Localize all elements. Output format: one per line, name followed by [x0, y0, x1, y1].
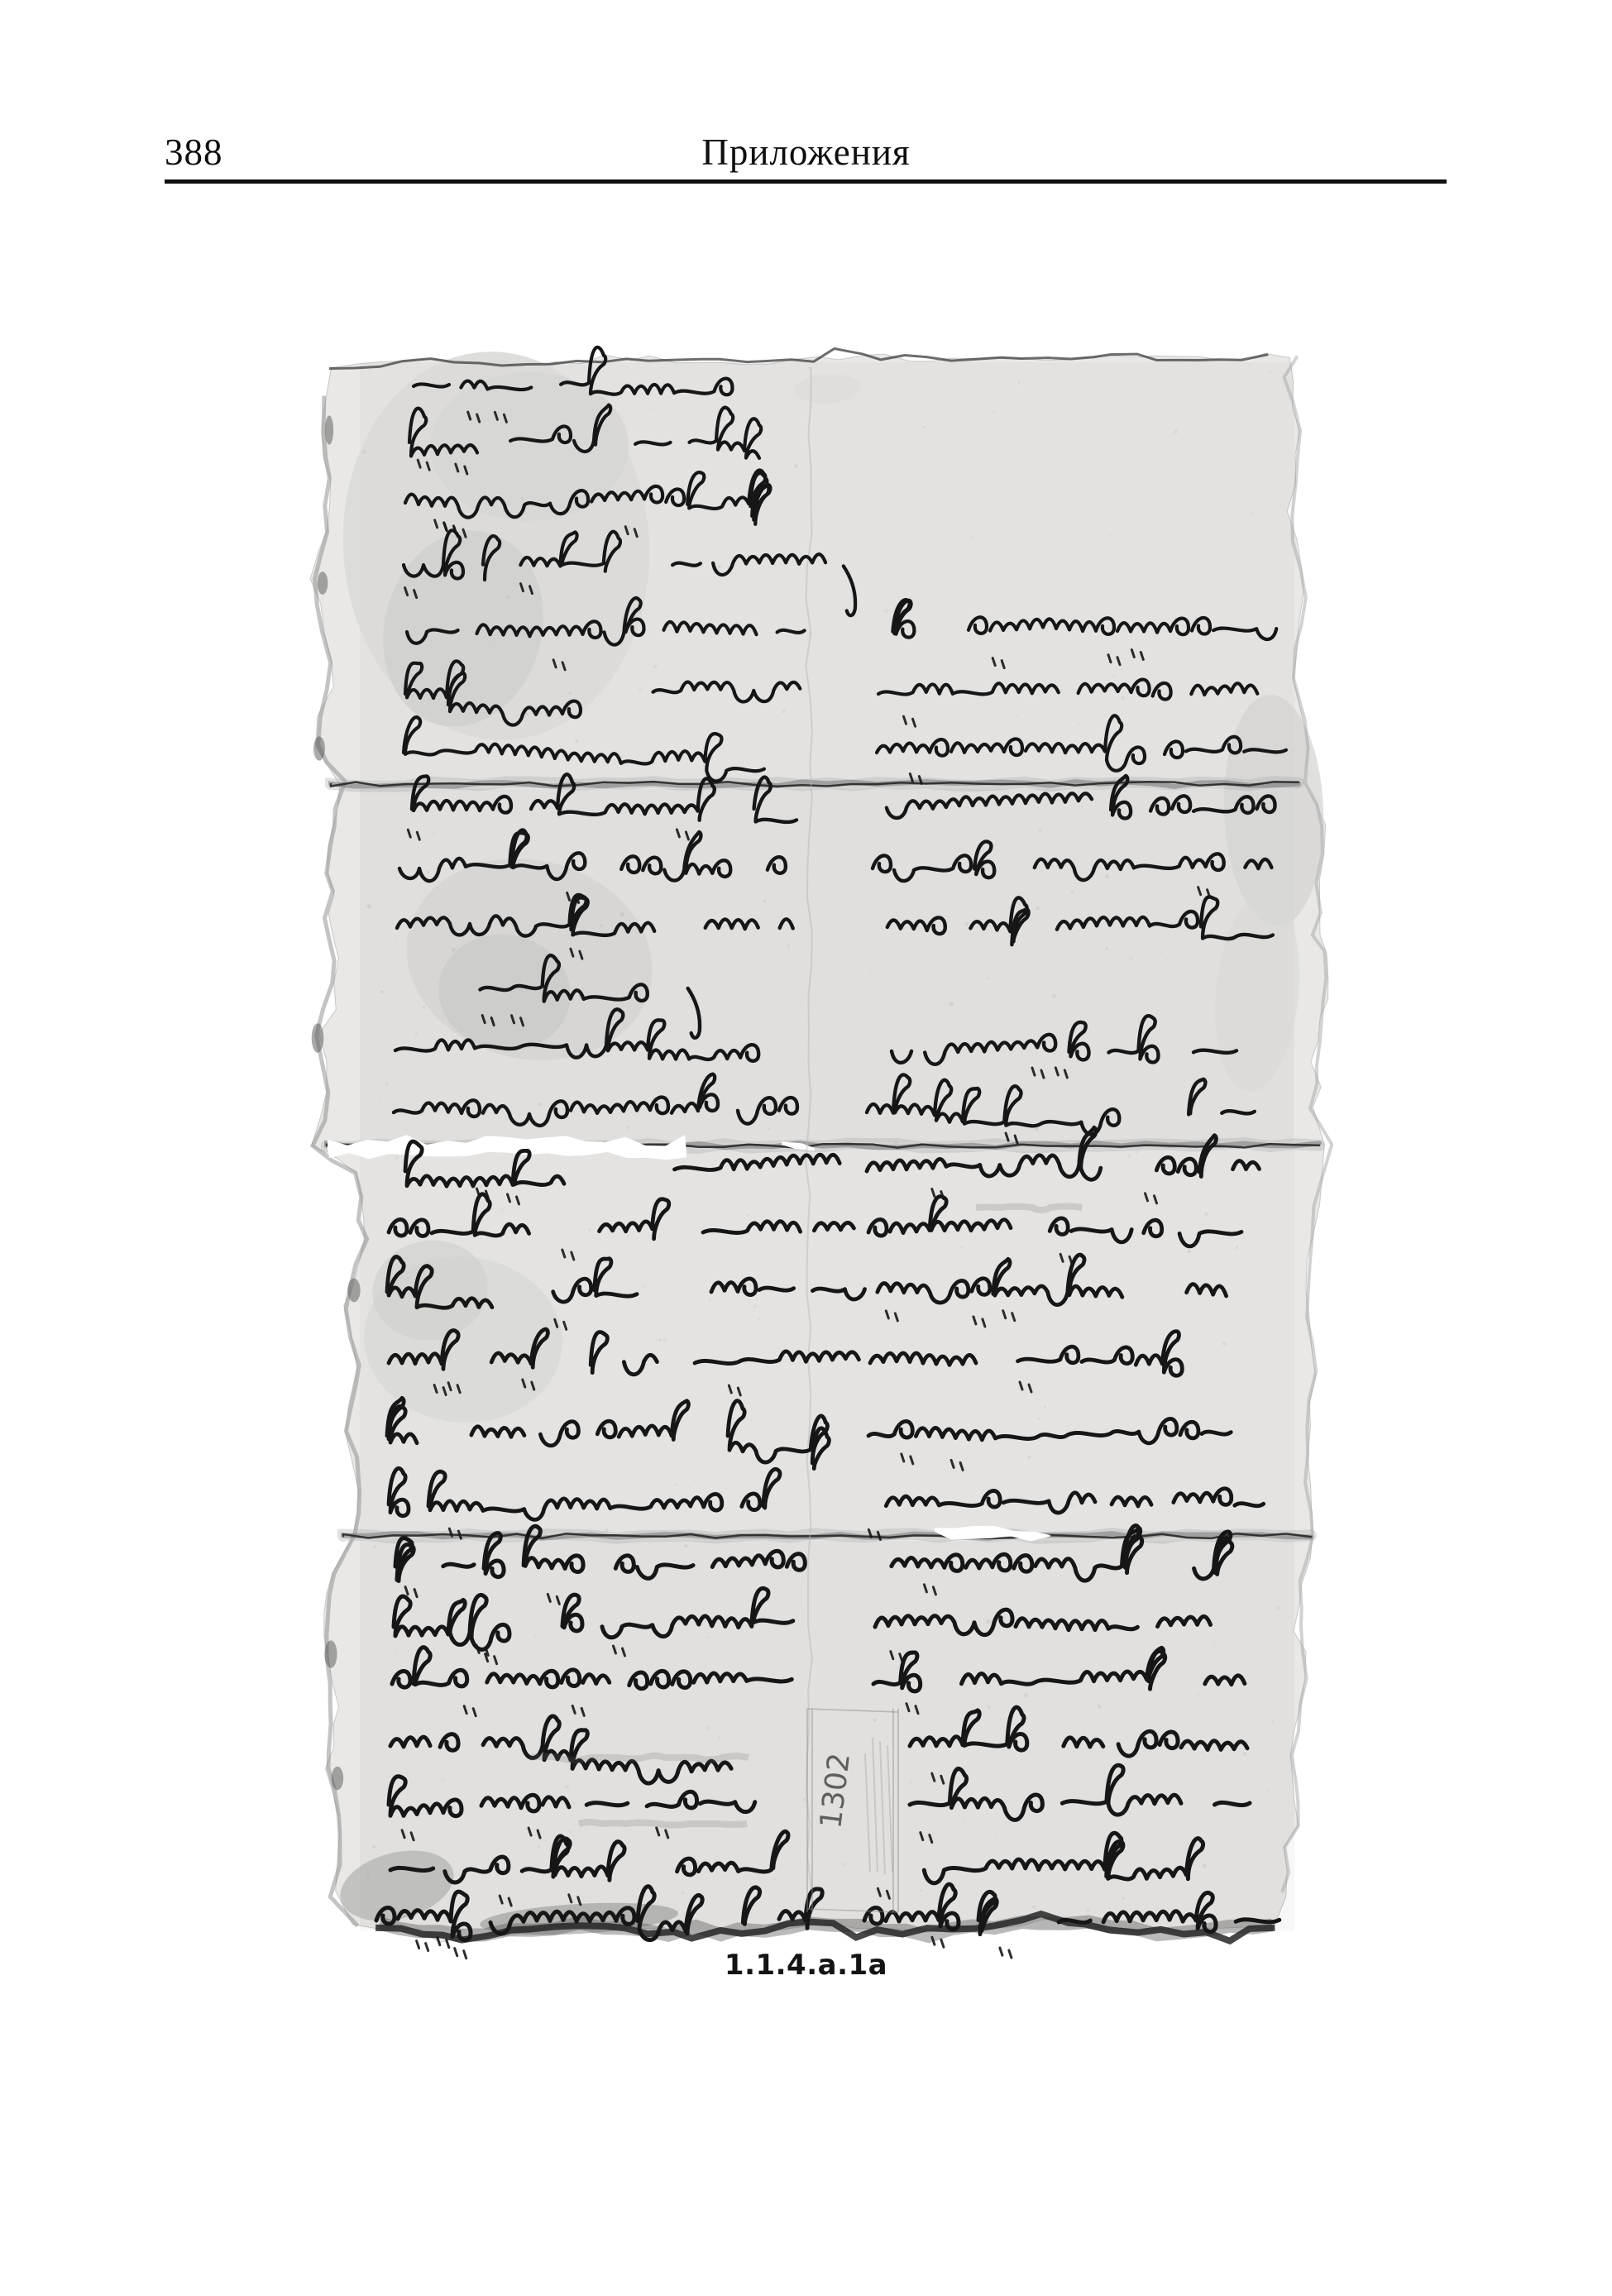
manuscript-caption: 1.1.4.a.1a — [0, 1949, 1612, 1982]
book-page: 388 Приложения 1302 1.1.4.a.1a — [0, 0, 1612, 2296]
